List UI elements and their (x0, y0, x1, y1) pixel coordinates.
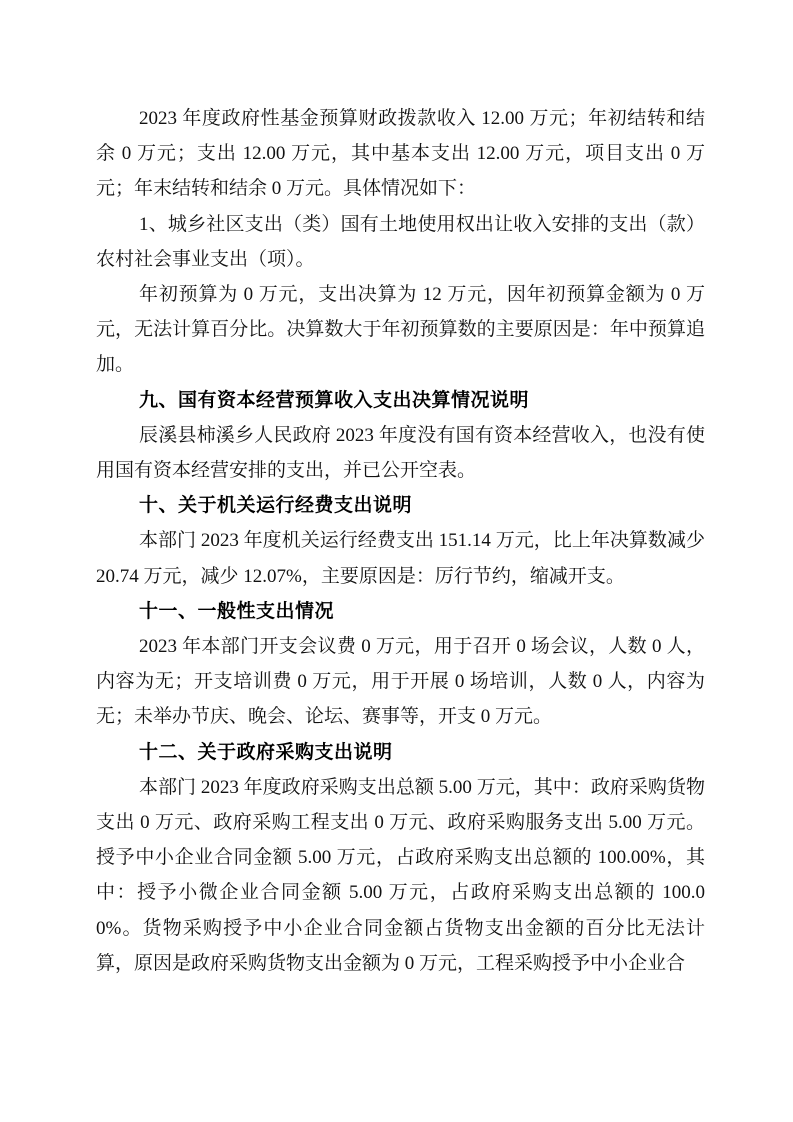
paragraph-operating-funds-statement: 本部门 2023 年度机关运行经费支出 151.14 万元，比上年决算数减少 2… (96, 523, 705, 593)
heading-section-eleven-general-expenditure: 十一、一般性支出情况 (96, 594, 705, 629)
paragraph-initial-budget-vs-final-accounts: 年初预算为 0 万元，支出决算为 12 万元，因年初预算金额为 0 万元，无法计… (96, 277, 705, 383)
paragraph-gov-fund-budget-summary: 2023 年度政府性基金预算财政拨款收入 12.00 万元；年初结转和结余 0 … (96, 101, 705, 207)
paragraph-state-capital-statement: 辰溪县柿溪乡人民政府 2023 年度没有国有资本经营收入，也没有使用国有资本经营… (96, 418, 705, 488)
heading-section-nine-state-capital-budget: 九、国有资本经营预算收入支出决算情况说明 (96, 383, 705, 418)
heading-section-twelve-government-procurement: 十二、关于政府采购支出说明 (96, 735, 705, 770)
paragraph-general-expenditure-statement: 2023 年本部门开支会议费 0 万元，用于召开 0 场会议，人数 0 人，内容… (96, 629, 705, 735)
heading-section-ten-operating-funds: 十、关于机关运行经费支出说明 (96, 488, 705, 523)
paragraph-government-procurement-statement: 本部门 2023 年度政府采购支出总额 5.00 万元，其中：政府采购货物支出 … (96, 770, 705, 981)
document-page: 2023 年度政府性基金预算财政拨款收入 12.00 万元；年初结转和结余 0 … (0, 0, 793, 1122)
paragraph-urban-rural-community-expenditure: 1、城乡社区支出（类）国有土地使用权出让收入安排的支出（款）农村社会事业支出（项… (96, 207, 705, 277)
